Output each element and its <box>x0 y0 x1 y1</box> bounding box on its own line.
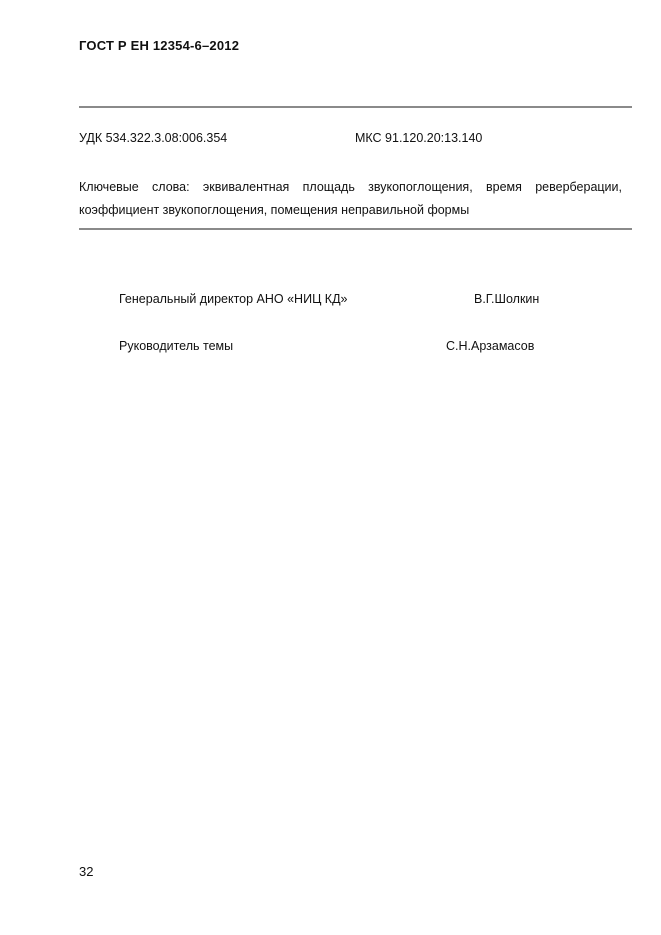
signature-name-topic-lead: С.Н.Арзамасов <box>446 339 534 353</box>
keywords-paragraph: Ключевые слова: эквивалентная площадь зв… <box>79 176 622 222</box>
top-divider <box>79 106 632 108</box>
standard-code-header: ГОСТ Р ЕН 12354-6–2012 <box>79 38 239 53</box>
udk-code: УДК 534.322.3.08:006.354 <box>79 131 227 145</box>
mks-code: МКС 91.120.20:13.140 <box>355 131 482 145</box>
bottom-divider <box>79 228 632 230</box>
signature-role-director: Генеральный директор АНО «НИЦ КД» <box>119 292 348 306</box>
keywords-line-1: Ключевые слова: эквивалентная площадь зв… <box>79 176 622 199</box>
signature-name-director: В.Г.Шолкин <box>474 292 539 306</box>
page-number: 32 <box>79 864 93 879</box>
signature-role-topic-lead: Руководитель темы <box>119 339 233 353</box>
keywords-line-2: коэффициент звукопоглощения, помещения н… <box>79 199 622 222</box>
